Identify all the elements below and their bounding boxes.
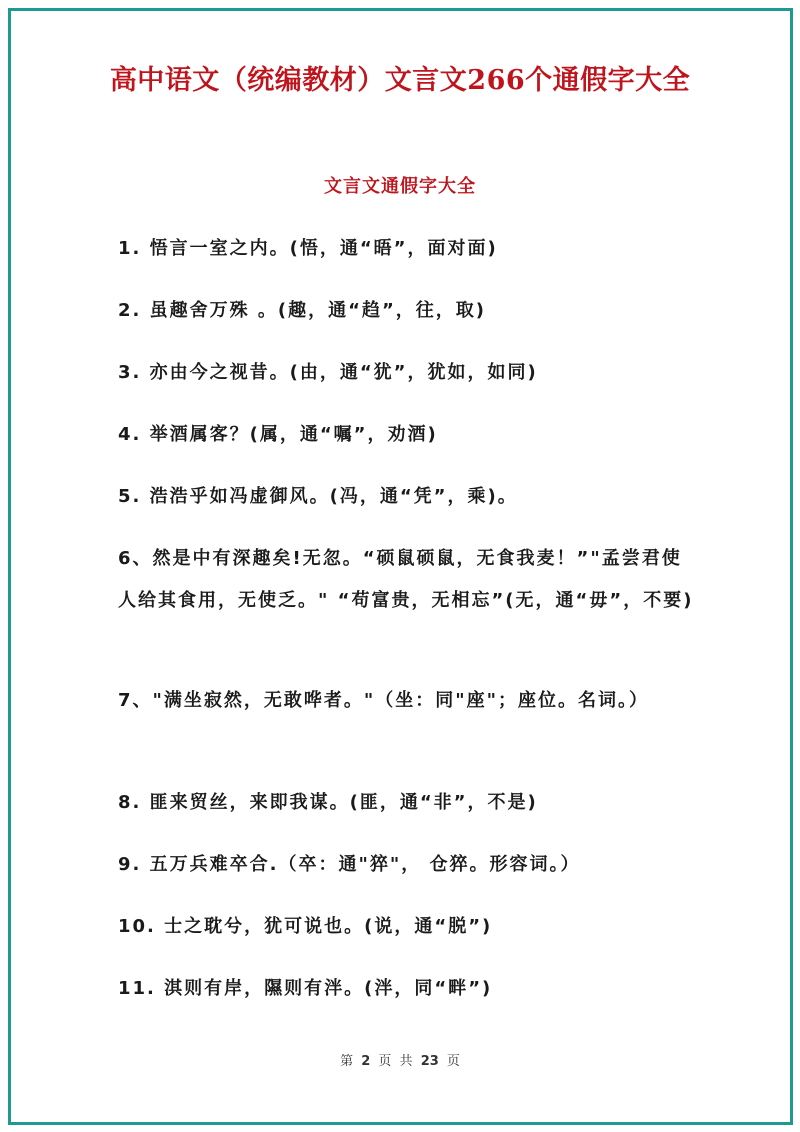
- page-footer: 第 2 页 共 23 页: [0, 1050, 800, 1069]
- entry-11: 11. 淇则有岸，隰则有泮。(泮，同“畔”): [118, 968, 698, 1010]
- footer-suffix: 页: [447, 1054, 460, 1069]
- entry-5: 5. 浩浩乎如冯虚御风。(冯，通“凭”，乘)。: [118, 476, 698, 518]
- entry-8: 8. 匪来贸丝，来即我谋。(匪，通“非”，不是): [118, 782, 698, 824]
- entry-2: 2. 虽趣舍万殊 。(趣，通“趋”，往，取): [118, 290, 698, 332]
- footer-middle: 页 共: [378, 1054, 412, 1069]
- entry-3: 3. 亦由今之视昔。(由，通“犹”，犹如，如同): [118, 352, 698, 394]
- entry-6: 6、然是中有深趣矣!无忽。“硕鼠硕鼠，无食我麦！”"孟尝君使人给其食用，无使乏。…: [118, 538, 698, 622]
- document-title: 高中语文（统编教材）文言文266个通假字大全: [0, 58, 800, 97]
- total-pages-number: 23: [421, 1054, 439, 1069]
- entry-4: 4. 举酒属客？(属，通“嘱”，劝酒): [118, 414, 698, 456]
- entry-9: 9. 五万兵难卒合.（卒：通"猝"， 仓猝。形容词。）: [118, 844, 698, 886]
- section-title: 文言文通假字大全: [0, 172, 800, 198]
- footer-prefix: 第: [340, 1054, 353, 1069]
- entry-10: 10. 士之耽兮，犹可说也。(说，通“脱”): [118, 906, 698, 948]
- entry-7: 7、"满坐寂然，无敢哗者。"（坐：同"座"；座位。名词。）: [118, 680, 698, 722]
- entry-1: 1. 悟言一室之内。(悟，通“晤”，面对面): [118, 228, 698, 270]
- current-page-number: 2: [361, 1054, 370, 1069]
